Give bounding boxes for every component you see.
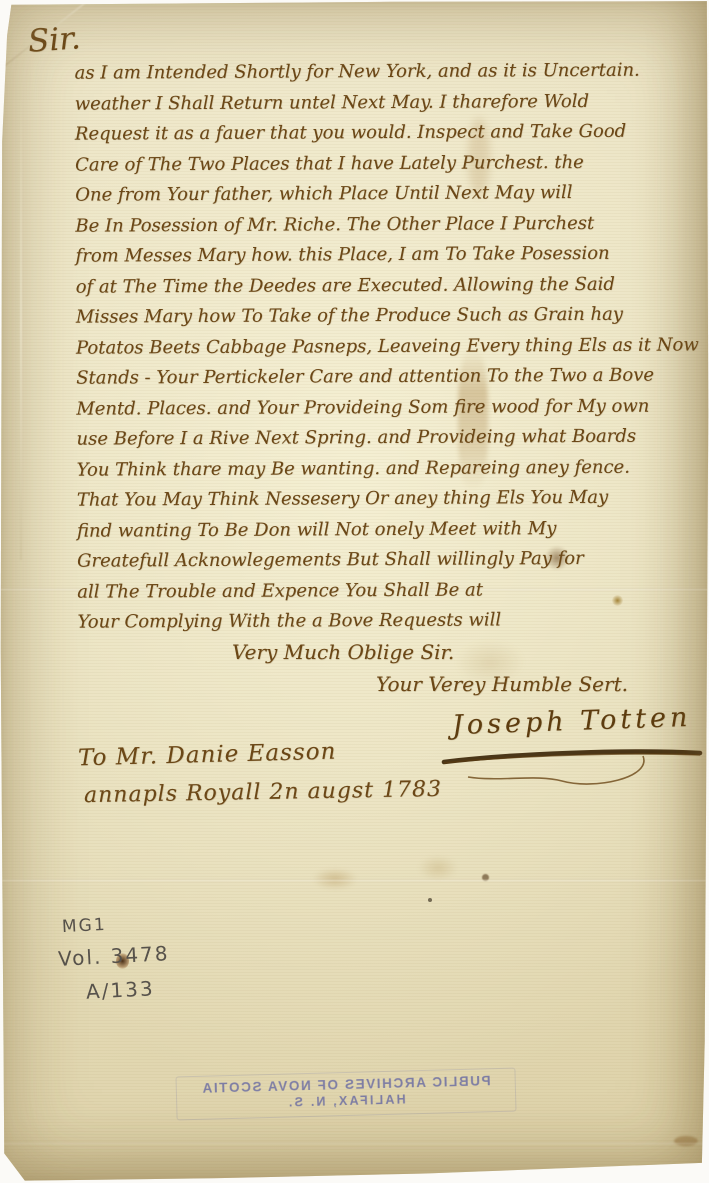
stain — [418, 855, 458, 881]
letter-line: Your Complying With the a Bove Requests … — [77, 604, 700, 638]
letter-body: as I am Intended Shortly for New York, a… — [74, 55, 700, 638]
letter-line: Misses Mary how To Take of the Produce S… — [76, 299, 699, 333]
closing-humble: Your Verey Humble Sert. — [376, 672, 628, 696]
letter-line: find wanting To Be Don will Not onely Me… — [77, 513, 700, 547]
archive-stamp: PUBLIC ARCHIVES OF NOVA SCOTIA HALIFAX, … — [175, 1068, 516, 1121]
vertical-crease — [20, 90, 22, 560]
letter-line: You Think thare may Be wanting. and Repa… — [77, 452, 700, 486]
stain — [674, 1136, 698, 1146]
letter-line: Care of The Two Places that I have Latel… — [75, 147, 698, 181]
pencil-catalog-mg: MG1 — [62, 915, 108, 937]
letter-line: Greatefull Acknowlegements But Shall wil… — [77, 543, 700, 577]
closing-oblige: Very Much Oblige Sir. — [232, 640, 454, 664]
fold-crease — [0, 1142, 709, 1145]
letter-line: One from Your father, which Place Until … — [75, 177, 698, 211]
letter-line: weather I Shall Return untel Next May. I… — [75, 86, 698, 120]
pencil-catalog-vol: Vol. 3478 — [57, 941, 170, 971]
letter-line: all The Trouble and Expence You Shall Be… — [77, 574, 700, 608]
letter-line: from Messes Mary how. this Place, I am T… — [75, 238, 698, 272]
letter-line: That You May Think Nessesery Or aney thi… — [77, 482, 700, 516]
pencil-catalog-ref: A/133 — [85, 976, 155, 1004]
stain — [482, 874, 489, 881]
letter-line: Potatos Beets Cabbage Pasneps, Leaveing … — [76, 330, 699, 364]
letter-line: Request it as a fauer that you would. In… — [75, 116, 698, 150]
letter-line: of at The Time the Deedes are Executed. … — [76, 269, 699, 303]
scanned-letter-page: Sir. as I am Intended Shortly for New Yo… — [0, 0, 709, 1183]
stain — [312, 868, 358, 890]
letter-line: Stands - Your Pertickeler Care and atten… — [76, 360, 699, 394]
letter-line: as I am Intended Shortly for New York, a… — [74, 55, 697, 89]
letter-line: Be In Posession of Mr. Riche. The Other … — [75, 208, 698, 242]
letter-line: use Before I a Rive Next Spring. and Pro… — [76, 421, 699, 455]
signature-flourish — [438, 736, 706, 794]
letter-paper: Sir. as I am Intended Shortly for New Yo… — [0, 0, 709, 1183]
fold-crease — [0, 879, 709, 882]
dateline: annapls Royall 2n augst 1783 — [84, 777, 442, 808]
letter-line: Mentd. Places. and Your Provideing Som f… — [76, 391, 699, 425]
salutation: Sir. — [27, 20, 82, 60]
address-line: To Mr. Danie Easson — [78, 739, 337, 772]
stain — [428, 898, 432, 902]
